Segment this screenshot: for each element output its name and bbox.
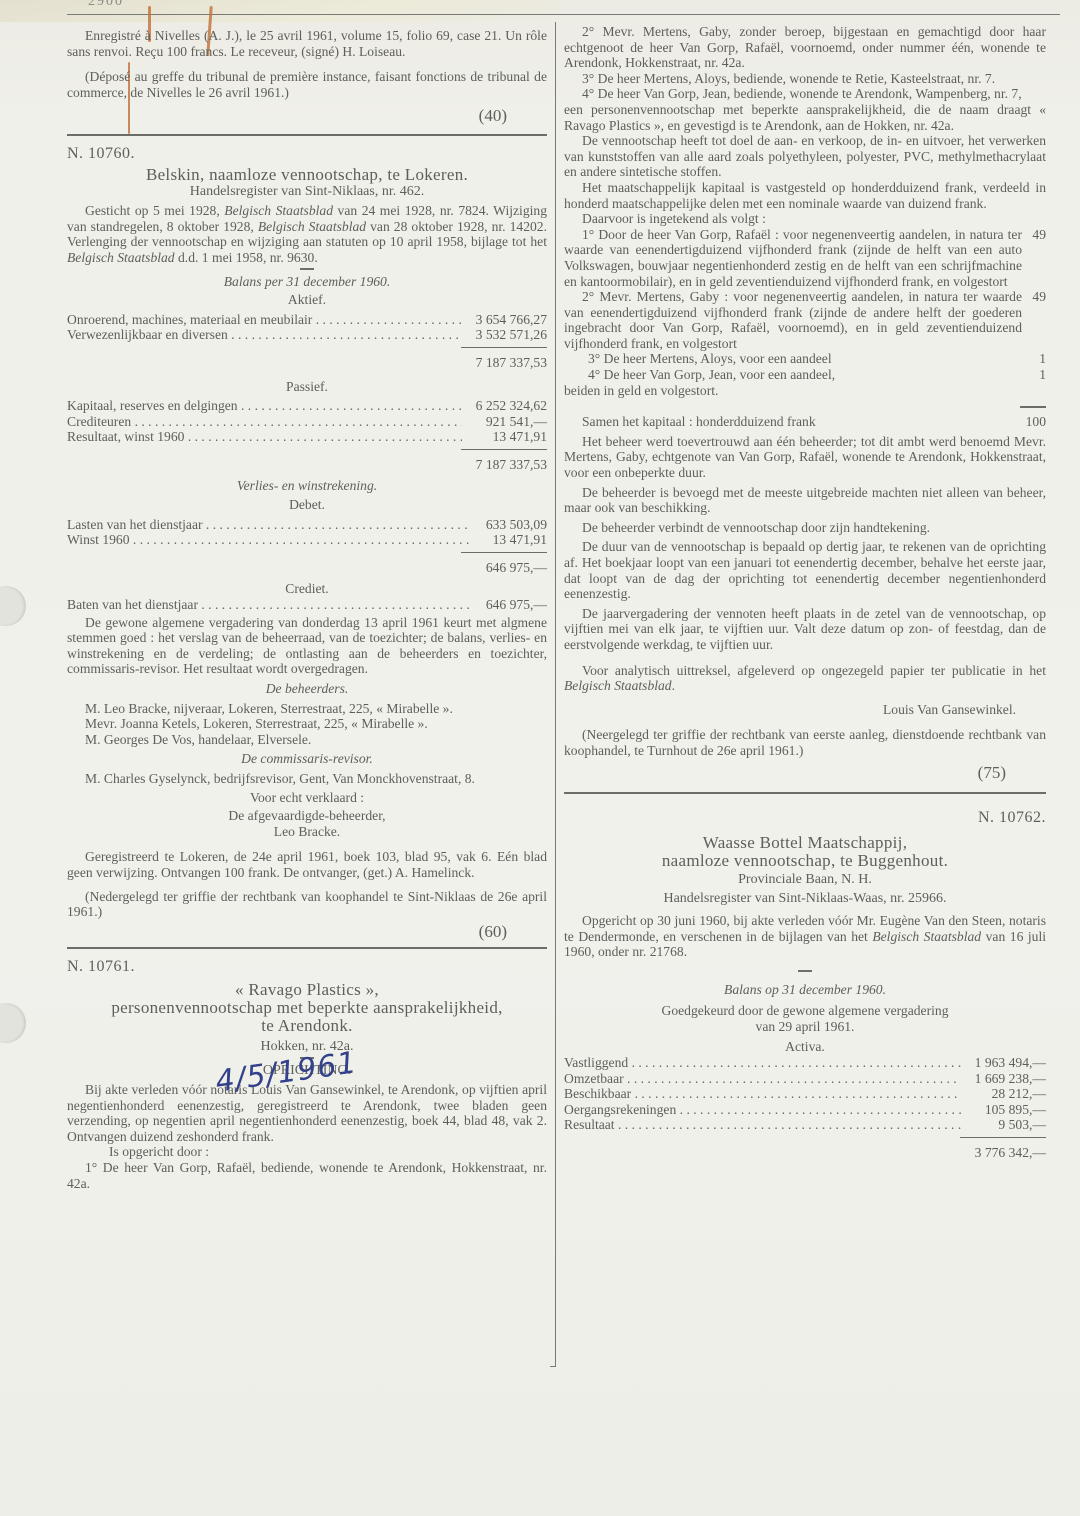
table-row: Oergangsrekeningen105 895,—: [564, 1102, 1046, 1118]
punch-hole: [0, 586, 26, 626]
subscription-entry: 2° Mevr. Mertens, Gaby : voor negenenvee…: [564, 289, 1046, 351]
registration-text: Enregistré à Nivelles (A. J.), le 25 avr…: [67, 28, 547, 59]
notice-number: N. 10760.: [67, 146, 547, 162]
table-row: Resultaat, winst 196013 471,91: [67, 429, 547, 445]
capital-total-row: Samen het kapitaal : honderdduizend fran…: [564, 414, 1046, 430]
signature-rule-text: De beheerder verbindt de vennootschap do…: [564, 520, 1046, 536]
founder-entry: 3° De heer Mertens, Aloys, bediende, won…: [564, 71, 1046, 87]
deed-text: Bij akte verleden vóór notaris Louis Van…: [67, 1082, 547, 1144]
total-rule: [461, 347, 547, 348]
total-rule: [960, 1137, 1046, 1138]
founder-entry: 4° De heer Van Gorp, Jean, bediende, won…: [564, 86, 1046, 102]
credit-table: Baten van het dienstjaar646 975,—: [67, 597, 547, 613]
subscribed-intro: Daarvoor is ingetekend als volgt :: [564, 211, 1046, 227]
trade-register: Handelsregister van Sint-Niklaas-Waas, n…: [564, 891, 1046, 907]
capital-text: Het maatschappelijk kapitaal is vastgest…: [564, 180, 1046, 211]
section-rule: [67, 947, 547, 949]
deposit-text: (Neergelegd ter griffie der rechtbank va…: [564, 727, 1046, 758]
manager-entry: Mevr. Joanna Ketels, Lokeren, Sterrestra…: [67, 716, 547, 732]
punch-hole: [0, 1003, 26, 1043]
company-form: naamloze vennootschap, te Buggenhout.: [564, 852, 1046, 870]
subscriptions-note: beiden in geld en volgestort.: [564, 383, 1046, 399]
assets-table: Onroerend, machines, materiaal en meubil…: [67, 312, 547, 343]
balance-title: Balans per 31 december 1960.: [67, 274, 547, 290]
assets-total: 7 187 337,53: [67, 355, 547, 371]
manager-entry: M. Georges De Vos, handelaar, Elversele.: [67, 732, 547, 748]
signatory: Leo Bracke.: [67, 824, 547, 840]
separator-dash: [300, 268, 314, 270]
deposit-text: (Nedergelegd ter griffie der rechtbank v…: [67, 889, 547, 920]
section-rule: [67, 134, 547, 136]
credit-heading: Crediet.: [67, 581, 547, 597]
table-row: Baten van het dienstjaar646 975,—: [67, 597, 547, 613]
right-column: 2° Mevr. Mertens, Gaby, zonder beroep, b…: [564, 24, 1046, 1161]
delegate-text: De afgevaardigde-beheerder,: [67, 808, 547, 824]
column-divider: [555, 22, 556, 1367]
certified-text: Voor echt verklaard :: [67, 790, 547, 806]
fee-amount: (75): [564, 765, 1046, 781]
total-rule: [1020, 406, 1046, 408]
company-intro: een personenvennootschap met beperkte aa…: [564, 102, 1046, 133]
company-address: Provinciale Baan, N. H.: [564, 872, 1046, 888]
table-row: Omzetbaar1 669 238,—: [564, 1071, 1046, 1087]
annual-meeting-text: De jaarvergadering der vennoten heeft pl…: [564, 606, 1046, 653]
notice-number: N. 10761.: [67, 959, 547, 975]
liabilities-total: 7 187 337,53: [67, 457, 547, 473]
header-rule: [67, 14, 1060, 15]
liabilities-table: Kapitaal, reserves en delgingen6 252 324…: [67, 398, 547, 445]
left-column: Enregistré à Nivelles (A. J.), le 25 avr…: [67, 28, 547, 1191]
company-name: Waasse Bottel Maatschappij,: [564, 834, 1046, 852]
founded-by: Is opgericht door :: [67, 1144, 547, 1160]
page-number: 2900: [88, 0, 124, 10]
subscription-entry: 4° De heer Van Gorp, Jean, voor een aand…: [564, 367, 1046, 383]
meeting-text: De gewone algemene vergadering van donde…: [67, 615, 547, 677]
total-rule: [461, 552, 547, 553]
founder-entry: 2° Mevr. Mertens, Gaby, zonder beroep, b…: [564, 24, 1046, 71]
table-row: Resultaat9 503,—: [564, 1117, 1046, 1133]
approved-text: Goedgekeurd door de gewone algemene verg…: [564, 1003, 1046, 1019]
subscription-entry: 3° De heer Mertens, Aloys, voor een aand…: [564, 351, 1046, 367]
table-row: Lasten van het dienstjaar633 503,09: [67, 517, 547, 533]
document-page: 2900 Enregistré à Nivelles (A. J.), le 2…: [0, 0, 1080, 1516]
notary-signature: Louis Van Gansewinkel.: [564, 702, 1046, 718]
auditor-entry: M. Charles Gyselynck, bedrijfsrevisor, G…: [67, 771, 547, 787]
duration-text: De duur van de vennootschap is bepaald o…: [564, 539, 1046, 601]
assets-heading: Activa.: [564, 1039, 1046, 1055]
notice-number: N. 10762.: [564, 810, 1046, 826]
table-row: Beschikbaar28 212,—: [564, 1086, 1046, 1102]
managers-heading: De beheerders.: [67, 681, 547, 697]
debit-total: 646 975,—: [67, 560, 547, 576]
company-history: Gesticht op 5 mei 1928, Belgisch Staatsb…: [67, 203, 547, 265]
pl-title: Verlies- en winstrekening.: [67, 478, 547, 494]
deposit-text: (Déposé au greffe du tribunal de premièr…: [67, 69, 547, 100]
auditor-heading: De commissaris-revisor.: [67, 751, 547, 767]
fee-amount: (60): [67, 924, 547, 940]
founded-text: Opgericht op 30 juni 1960, bij akte verl…: [564, 913, 1046, 960]
company-seat: te Arendonk.: [67, 1017, 547, 1035]
assets-table: Vastliggend1 963 494,— Omzetbaar1 669 23…: [564, 1055, 1046, 1133]
company-title: Belskin, naamloze vennootschap, te Loker…: [67, 166, 547, 184]
assets-total: 3 776 342,—: [564, 1145, 1046, 1161]
management-text: Het beheer werd toevertrouwd aan één beh…: [564, 434, 1046, 481]
debit-table: Lasten van het dienstjaar633 503,09 Wins…: [67, 517, 547, 548]
fee-amount: (40): [67, 108, 547, 124]
company-form: personenvennootschap met beperkte aanspr…: [67, 999, 547, 1017]
table-row: Kapitaal, reserves en delgingen6 252 324…: [67, 398, 547, 414]
total-rule: [461, 449, 547, 450]
table-row: Verwezenlijkbaar en diversen3 532 571,26: [67, 327, 547, 343]
liabilities-heading: Passief.: [67, 379, 547, 395]
assets-heading: Aktief.: [67, 292, 547, 308]
extract-text: Voor analytisch uittreksel, afgeleverd o…: [564, 663, 1046, 694]
approved-date: van 29 april 1961.: [564, 1019, 1046, 1035]
separator-dash: [798, 970, 812, 972]
debit-heading: Debet.: [67, 497, 547, 513]
paper-fold: [0, 0, 560, 22]
manager-entry: M. Leo Bracke, nijveraar, Lokeren, Sterr…: [67, 701, 547, 717]
founder-entry: 1° De heer Van Gorp, Rafaël, bediende, w…: [67, 1160, 547, 1191]
registration-text: Geregistreerd te Lokeren, de 24e april 1…: [67, 849, 547, 880]
company-name: « Ravago Plastics »,: [67, 981, 547, 999]
table-row: Onroerend, machines, materiaal en meubil…: [67, 312, 547, 328]
table-row: Crediteuren921 541,—: [67, 414, 547, 430]
table-row: Winst 196013 471,91: [67, 532, 547, 548]
subscription-entry: 1° Door de heer Van Gorp, Rafaël : voor …: [564, 227, 1046, 289]
trade-register: Handelsregister van Sint-Niklaas, nr. 46…: [67, 184, 547, 200]
section-rule: [564, 792, 1046, 794]
balance-title: Balans op 31 december 1960.: [564, 982, 1046, 998]
purpose-text: De vennootschap heeft tot doel de aan- e…: [564, 133, 1046, 180]
table-row: Vastliggend1 963 494,—: [564, 1055, 1046, 1071]
powers-text: De beheerder is bevoegd met de meeste ui…: [564, 485, 1046, 516]
